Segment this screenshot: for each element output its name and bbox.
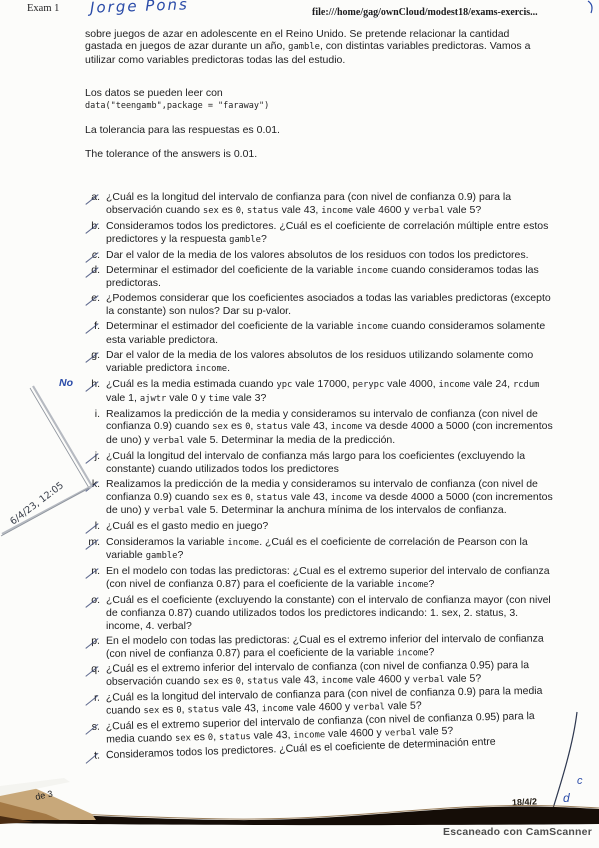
- question-letter: r.: [85, 692, 100, 705]
- question-text: Determinar el estimador del coeficiente …: [106, 320, 545, 346]
- inline-code: income: [439, 380, 471, 390]
- inline-code: sex: [203, 677, 219, 687]
- question-text: En el modelo con todas las predictoras: …: [106, 565, 550, 590]
- inline-code: verbal: [153, 436, 185, 446]
- inline-code: ajwtr: [140, 394, 166, 404]
- question-item: f. Determinar el estimador del coeficien…: [85, 320, 553, 346]
- print-header-file-url: file:///home/gag/ownCloud/modest18/exams…: [312, 7, 538, 18]
- inline-code: 0: [176, 705, 181, 715]
- question-item: k. Realizamos la predicción de la media …: [85, 478, 553, 518]
- question-item: No h. ¿Cuál es la media estimada cuando …: [85, 378, 553, 405]
- question-text: ¿Cuál es la longitud del intervalo de co…: [106, 191, 511, 216]
- question-item: c. Dar el valor de la media de los valor…: [85, 249, 553, 262]
- inline-code: income: [321, 206, 353, 216]
- question-letter: g.: [85, 349, 100, 362]
- inline-code: perypc: [352, 380, 384, 390]
- question-item: l. ¿Cuál es el gasto medio en juego?: [85, 520, 553, 533]
- r-code-line: data("teengamb",package = "faraway"): [85, 101, 269, 111]
- question-letter: q.: [85, 663, 100, 676]
- question-text: Dar el valor de la media de los valores …: [106, 249, 529, 261]
- question-item: a. ¿Cuál es la longitud del intervalo de…: [85, 191, 553, 217]
- inline-code: income: [195, 364, 227, 374]
- question-letter: b.: [85, 220, 100, 233]
- question-letter: f.: [85, 320, 100, 333]
- inline-code: sex: [175, 733, 191, 743]
- question-text: Consideramos todos los predictores. ¿Cuá…: [106, 220, 548, 245]
- question-item: o. ¿Cuál es el coeficiente (excluyendo l…: [85, 594, 553, 632]
- question-text: En el modelo con todas las predictoras: …: [106, 632, 544, 659]
- inline-code: time: [208, 394, 229, 404]
- inline-code: sex: [212, 493, 228, 503]
- inline-code: income: [321, 676, 353, 686]
- question-text: Realizamos la predicción de la media y c…: [106, 408, 553, 446]
- question-list: a. ¿Cuál es la longitud del intervalo de…: [85, 191, 553, 765]
- inline-code: income: [356, 322, 388, 332]
- question-letter: s.: [85, 721, 100, 734]
- inline-code: 0: [245, 422, 250, 432]
- inline-code: status: [247, 206, 279, 216]
- inline-code: sex: [143, 706, 159, 716]
- inline-code: status: [247, 676, 279, 686]
- inline-code: gamble: [288, 42, 320, 52]
- question-item: p. En el modelo con todas las predictora…: [85, 632, 553, 661]
- corner-ink-mark: [582, 0, 599, 16]
- inline-code: verbal: [385, 728, 417, 739]
- question-text: Dar el valor de la media de los valores …: [106, 349, 533, 374]
- question-item: j. ¿Cuál la longitud del intervalo de co…: [85, 450, 553, 475]
- inline-code: ypc: [276, 380, 292, 390]
- question-text: ¿Cuál es la media estimada cuando ypc va…: [106, 378, 539, 404]
- question-letter: n.: [85, 565, 100, 578]
- question-text: ¿Cuál es el extremo inferior del interva…: [106, 660, 529, 688]
- question-text: ¿Cuál la longitud del intervalo de confi…: [106, 450, 525, 475]
- question-item: m. Consideramos la variable income. ¿Cuá…: [85, 536, 553, 563]
- inline-code: income: [227, 538, 259, 548]
- scanned-exam-page: Exam 1 Jorge Pons file:///home/gag/ownCl…: [0, 0, 599, 848]
- question-letter: a.: [85, 191, 100, 204]
- question-item: g. Dar el valor de la media de los valor…: [85, 349, 553, 375]
- page-fold-crease: 6/4/23, 12:05: [0, 378, 100, 553]
- inline-code: gamble: [146, 551, 178, 561]
- tolerance-note-en: The tolerance of the answers is 0.01.: [85, 148, 257, 160]
- inline-code: 0: [245, 493, 250, 503]
- inline-code: verbal: [153, 506, 185, 516]
- inline-code: rcdum: [513, 380, 539, 390]
- inline-code: income: [397, 648, 429, 658]
- inline-code: status: [256, 493, 288, 503]
- question-letter: o.: [85, 594, 100, 607]
- handwritten-student-name: Jorge Pons: [90, 0, 189, 17]
- question-item: n. En el modelo con todas las predictora…: [85, 565, 553, 591]
- inline-code: status: [256, 422, 288, 432]
- inline-code: verbal: [413, 206, 445, 216]
- data-read-note: Los datos se pueden leer con: [85, 87, 223, 99]
- intro-paragraph: sobre juegos de azar en adolescente en e…: [85, 28, 533, 66]
- question-letter: p.: [85, 635, 100, 648]
- inline-code: income: [331, 493, 363, 503]
- question-item: e. ¿Podemos considerar que los coeficien…: [85, 292, 553, 317]
- question-text: ¿Cuál es el gasto medio en juego?: [106, 520, 268, 532]
- question-letter: d.: [85, 264, 100, 277]
- inline-code: gamble: [229, 235, 261, 245]
- inline-code: income: [262, 704, 294, 714]
- question-item: b. Consideramos todos los predictores. ¿…: [85, 220, 553, 246]
- tolerance-note-es: La tolerancia para las respuestas es 0.0…: [85, 124, 280, 136]
- inline-code: verbal: [353, 702, 385, 712]
- question-letter: t.: [85, 749, 100, 762]
- question-item: i. Realizamos la predicción de la media …: [85, 408, 553, 448]
- inline-code: income: [397, 580, 429, 590]
- inline-code: sex: [203, 206, 219, 216]
- inline-code: income: [356, 266, 388, 276]
- inline-code: status: [187, 705, 219, 715]
- question-text: Consideramos la variable income. ¿Cuál e…: [106, 536, 528, 562]
- question-letter: e.: [85, 292, 100, 305]
- question-text: Realizamos la predicción de la media y c…: [106, 478, 553, 516]
- inline-code: 0: [236, 206, 241, 216]
- inline-code: income: [331, 422, 363, 432]
- inline-code: 0: [208, 733, 214, 743]
- inline-code: income: [293, 730, 325, 741]
- question-text: ¿Cuál es el coeficiente (excluyendo la c…: [106, 594, 551, 631]
- question-letter: c.: [85, 249, 100, 262]
- question-text: ¿Podemos considerar que los coeficientes…: [106, 292, 551, 317]
- inline-code: status: [219, 732, 251, 743]
- question-text: Determinar el estimador del coeficiente …: [106, 264, 539, 290]
- inline-code: 0: [236, 677, 241, 687]
- camscanner-credit: Escaneado con CamScanner: [443, 826, 592, 838]
- exam-title: Exam 1: [27, 3, 59, 14]
- inline-code: sex: [212, 422, 228, 432]
- question-item: d. Determinar el estimador del coeficien…: [85, 264, 553, 290]
- inline-code: verbal: [413, 675, 445, 685]
